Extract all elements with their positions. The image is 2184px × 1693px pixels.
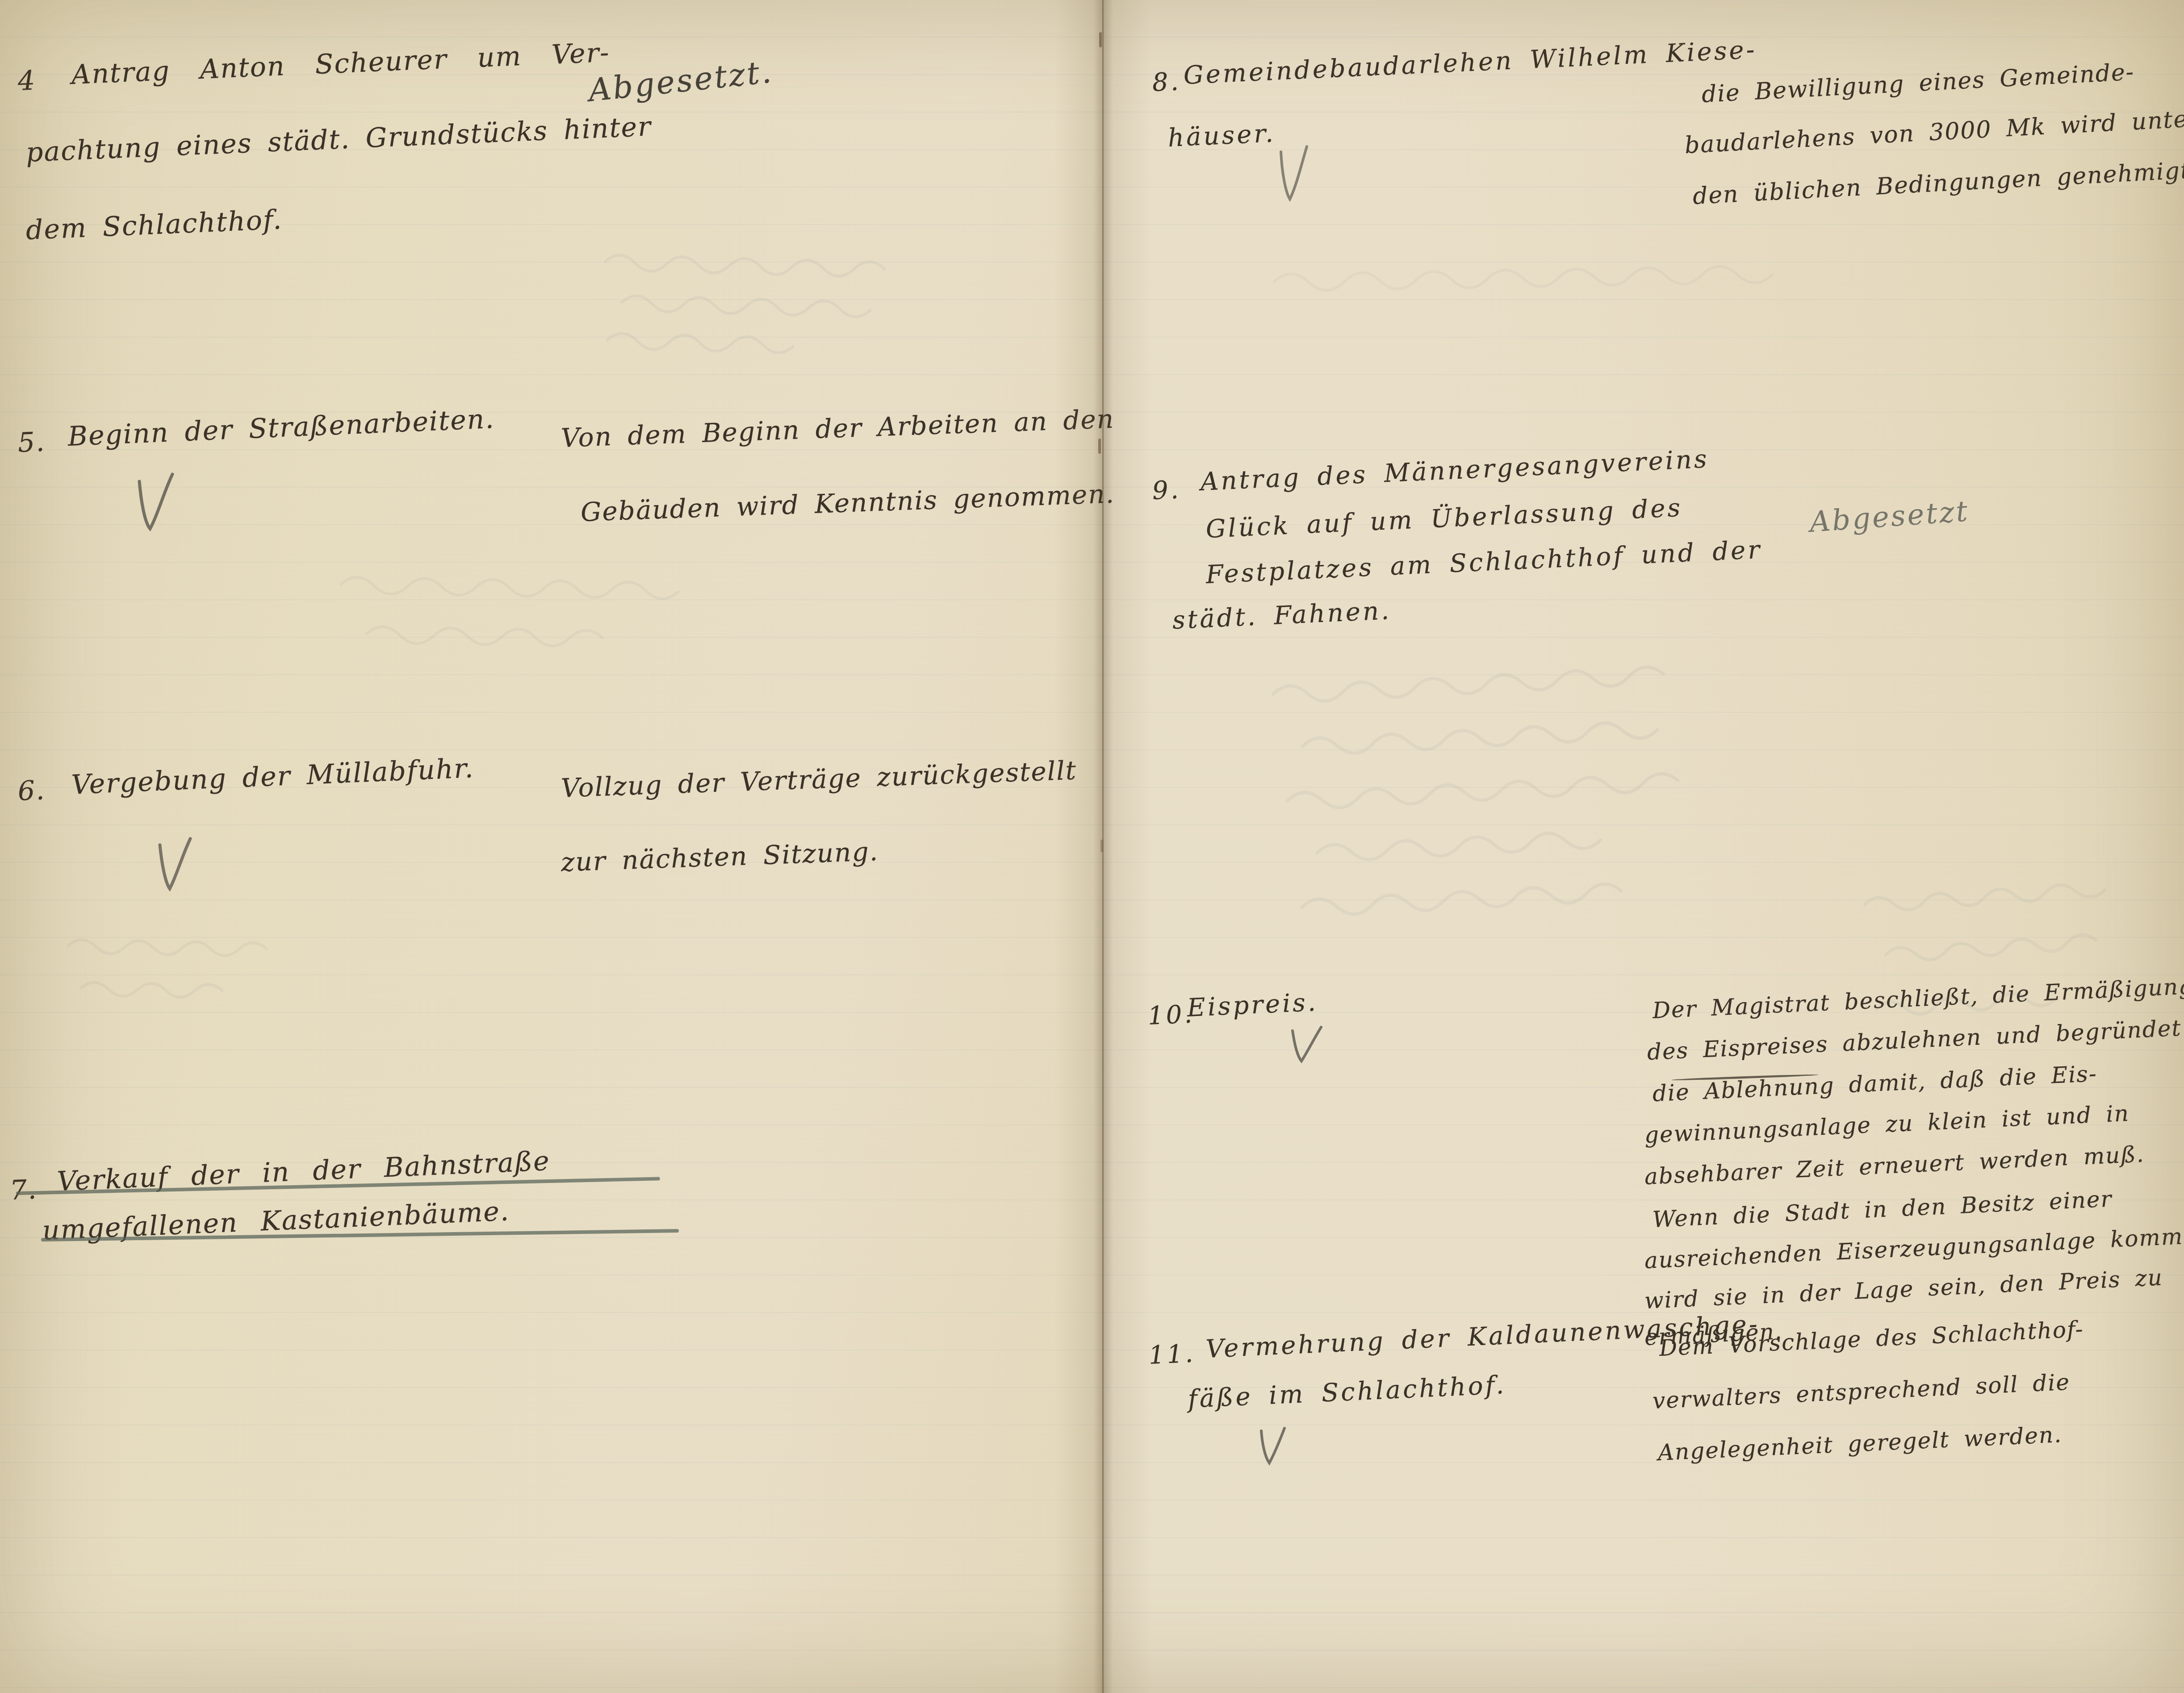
checkmark-icon [1258,1425,1287,1468]
scanned-minutes-spread: 4 Antrag Anton Scheurer um Ver- pachtung… [0,0,2184,1693]
entry-5-number: 5. [17,428,46,456]
checkmark-icon [1289,1024,1325,1066]
binding-stitch [1100,840,1103,852]
checkmark-icon [134,470,177,537]
binding-stitch [1099,32,1102,47]
entry-4-number: 4 [17,67,37,95]
entry-7-number: 7. [9,1176,38,1204]
checkmark-icon [1276,142,1310,209]
entry-9-number: 9. [1152,477,1181,504]
entry-11-number: 11. [1148,1341,1196,1368]
binding-stitch [1098,439,1101,454]
entry-6-number: 6. [17,777,46,805]
entry-8-number: 8. [1152,69,1181,96]
entry-8-topic-line: häuser. [1167,121,1276,151]
entry-10-topic-line: Eispreis. [1187,990,1318,1021]
checkmark-icon [155,834,194,897]
